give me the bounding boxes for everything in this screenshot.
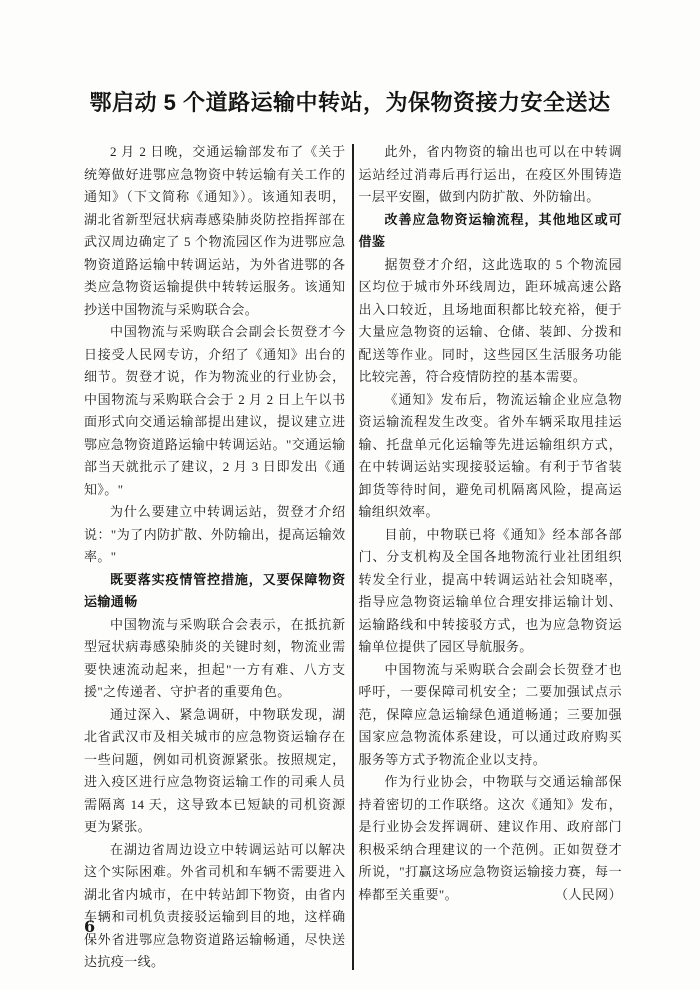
- article-title: 鄂启动 5 个道路运输中转站，为保物资接力安全送达: [0, 0, 700, 116]
- document-page: 鄂启动 5 个道路运输中转站，为保物资接力安全送达 2 月 2 日晚，交通运输部…: [0, 0, 700, 990]
- body-paragraph: 中国物流与采购联合会副会长贺登才今日接受人民网专访，介绍了《通知》出台的细节。贺…: [84, 321, 346, 501]
- body-paragraph: 在湖边省周边设立中转调运站可以解决这个实际困难。外省司机和车辆不需要进入湖北省内…: [84, 839, 346, 974]
- body-paragraph: 2 月 2 日晚，交通运输部发布了《关于统筹做好进鄂应急物资中转运输有关工作的通…: [84, 141, 346, 321]
- left-column: 2 月 2 日晚，交通运输部发布了《关于统筹做好进鄂应急物资中转运输有关工作的通…: [84, 141, 346, 974]
- body-paragraph: 作为行业协会，中物联与交通运输部保持着密切的工作联络。这次《通知》发布，是行业协…: [359, 771, 623, 906]
- body-paragraph: 《通知》发布后，物流运输企业应急物资运输流程发生改变。省外车辆采取甩挂运输、托盘…: [359, 389, 623, 524]
- body-paragraph: 中国物流与采购联合会表示，在抵抗新型冠状病毒感染肺炎的关键时刻，物流业需要快速流…: [84, 614, 346, 704]
- body-paragraph: 中国物流与采购联合会副会长贺登才也呼吁，一要保障司机安全；二要加强试点示范，保障…: [359, 659, 623, 772]
- section-heading: 改善应急物资运输流程，其他地区或可借鉴: [359, 209, 623, 254]
- body-paragraph: 目前，中物联已将《通知》经本部各部门、分支机构及全国各地物流行业社团组织转发全行…: [359, 524, 623, 659]
- page-number: 6: [84, 917, 95, 936]
- body-paragraph: 此外，省内物资的输出也可以在中转调运站经过消毒后再行运出，在疫区外围铸造一层平安…: [359, 141, 623, 209]
- column-divider-rule: [352, 144, 354, 970]
- source-attribution: （人民网）: [555, 884, 622, 907]
- body-paragraph: 据贺登才介绍，这此选取的 5 个物流园区均位于城市外环线周边，距环城高速公路出入…: [359, 254, 623, 389]
- body-paragraph: 通过深入、紧急调研，中物联发现，湖北省武汉市及相关城市的应急物资运输存在一些问题…: [84, 704, 346, 839]
- body-paragraph: 为什么要建立中转调运站，贺登才介绍说："为了内防扩散、外防输出，提高运输效率。": [84, 501, 346, 569]
- section-heading: 既要落实疫情管控措施，又要保障物资运输通畅: [84, 569, 346, 614]
- article-body: 2 月 2 日晚，交通运输部发布了《关于统筹做好进鄂应急物资中转运输有关工作的通…: [84, 141, 622, 974]
- right-column: 此外，省内物资的输出也可以在中转调运站经过消毒后再行运出，在疫区外围铸造一层平安…: [359, 141, 623, 974]
